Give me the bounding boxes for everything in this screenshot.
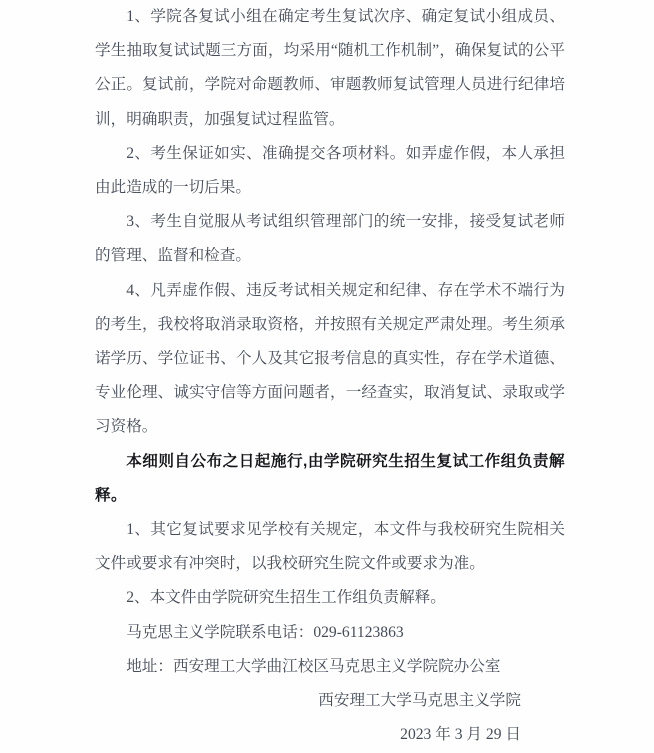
document-page: 1、学院各复试小组在确定考生复试次序、确定复试小组成员、学生抽取复试试题三方面，… (0, 0, 654, 753)
signature-organization: 西安理工大学马克思主义学院 (95, 684, 565, 718)
paragraph-rule-1: 1、学院各复试小组在确定考生复试次序、确定复试小组成员、学生抽取复试试题三方面，… (95, 0, 565, 137)
paragraph-effective-statement: 本细则自公布之日起施行,由学院研究生招生复试工作组负责解释。 (95, 445, 565, 513)
document-body: 1、学院各复试小组在确定考生复试次序、确定复试小组成员、学生抽取复试试题三方面，… (0, 0, 654, 752)
contact-phone-line: 马克思主义学院联系电话：029-61123863 (95, 616, 565, 650)
paragraph-other-requirements: 1、其它复试要求见学校有关规定，本文件与我校研究生院相关文件或要求有冲突时，以我… (95, 513, 565, 581)
paragraph-interpretation: 2、本文件由学院研究生招生工作组负责解释。 (95, 581, 565, 615)
paragraph-rule-4: 4、凡弄虚作假、违反考试相关规定和纪律、存在学术不端行为的考生，我校将取消录取资… (95, 274, 565, 445)
paragraph-rule-2: 2、考生保证如实、准确提交各项材料。如弄虚作假，本人承担由此造成的一切后果。 (95, 137, 565, 205)
signature-date: 2023 年 3 月 29 日 (95, 718, 565, 752)
contact-address-line: 地址：西安理工大学曲江校区马克思主义学院院办公室 (95, 650, 565, 684)
paragraph-rule-3: 3、考生自觉服从考试组织管理部门的统一安排，接受复试老师的管理、监督和检查。 (95, 205, 565, 273)
